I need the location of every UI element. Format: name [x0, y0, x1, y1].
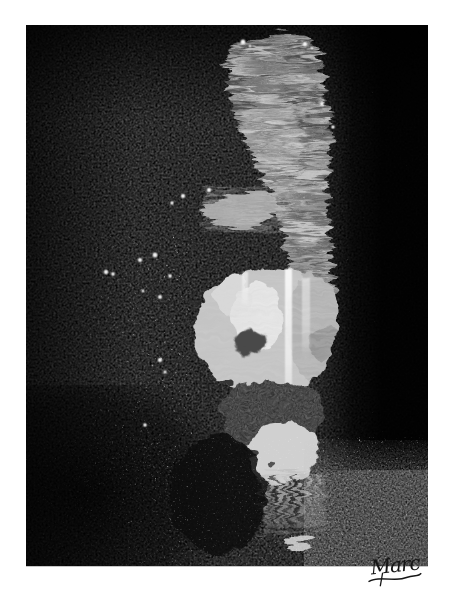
signature-flourish-stroke — [367, 571, 424, 588]
art-print-page: Marc — [0, 0, 455, 596]
monotype-texture-graphic — [26, 25, 428, 566]
artwork — [26, 25, 428, 566]
